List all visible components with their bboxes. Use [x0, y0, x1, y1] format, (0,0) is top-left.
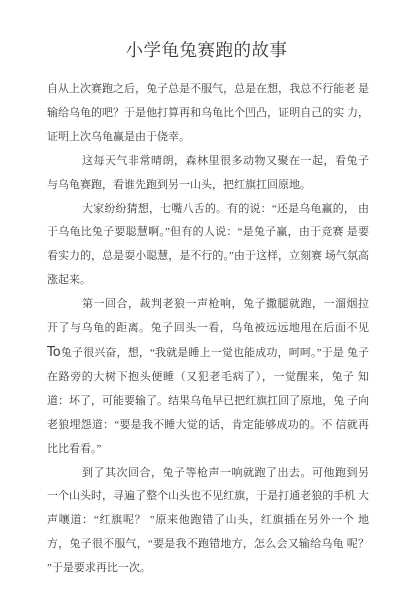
latin-text-run: To: [47, 345, 61, 360]
paragraph: 这每天气非常晴朗，森林里很多动物又聚在一起，看兔子 与乌龟赛跑，看谁先跑到另一山…: [47, 150, 369, 198]
paragraph: 到了其次回合，兔子等枪声一响就跑了出去。可他跑到另 一个山头时，寻遍了整个山头也…: [47, 462, 369, 582]
text-run: 大家纷纷猜想，七嘴八舌的。有的说：“还是乌龟赢的， 由于乌龟比兔子要聪慧啊。”但…: [47, 203, 369, 287]
document-body: 自从上次赛跑之后，兔子总是不服气，总是在想，我总不行能老 是输给乌龟的吧？于是他…: [47, 78, 369, 581]
text-run: 自从上次赛跑之后，兔子总是不服气，总是在想，我总不行能老 是输给乌龟的吧？于是他…: [47, 83, 369, 143]
paragraph: 第一回合，裁判老狼一声枪响，兔子撒腿就跑，一溜烟拉 开了与乌龟的距离。兔子回头一…: [47, 293, 369, 461]
text-run: 兔子很兴奋，想，“我就是睡上一觉也能成功，呵呵。”于是 兔子在路旁的大树下抱头便…: [47, 347, 369, 455]
paragraph: 自从上次赛跑之后，兔子总是不服气，总是在想，我总不行能老 是输给乌龟的吧？于是他…: [47, 78, 369, 150]
text-run: 这每天气非常晴朗，森林里很多动物又聚在一起，看兔子 与乌龟赛跑，看谁先跑到另一山…: [47, 155, 369, 191]
paragraph: 大家纷纷猜想，七嘴八舌的。有的说：“还是乌龟赢的， 由于乌龟比兔子要聪慧啊。”但…: [47, 198, 369, 294]
document-title: 小学龟兔赛跑的故事: [0, 38, 413, 62]
text-run: 第一回合，裁判老狼一声枪响，兔子撒腿就跑，一溜烟拉 开了与乌龟的距离。兔子回头一…: [47, 298, 369, 334]
text-run: 到了其次回合，兔子等枪声一响就跑了出去。可他跑到另 一个山头时，寻遍了整个山头也…: [47, 467, 369, 575]
document-page: 小学龟兔赛跑的故事 自从上次赛跑之后，兔子总是不服气，总是在想，我总不行能老 是…: [0, 0, 413, 600]
